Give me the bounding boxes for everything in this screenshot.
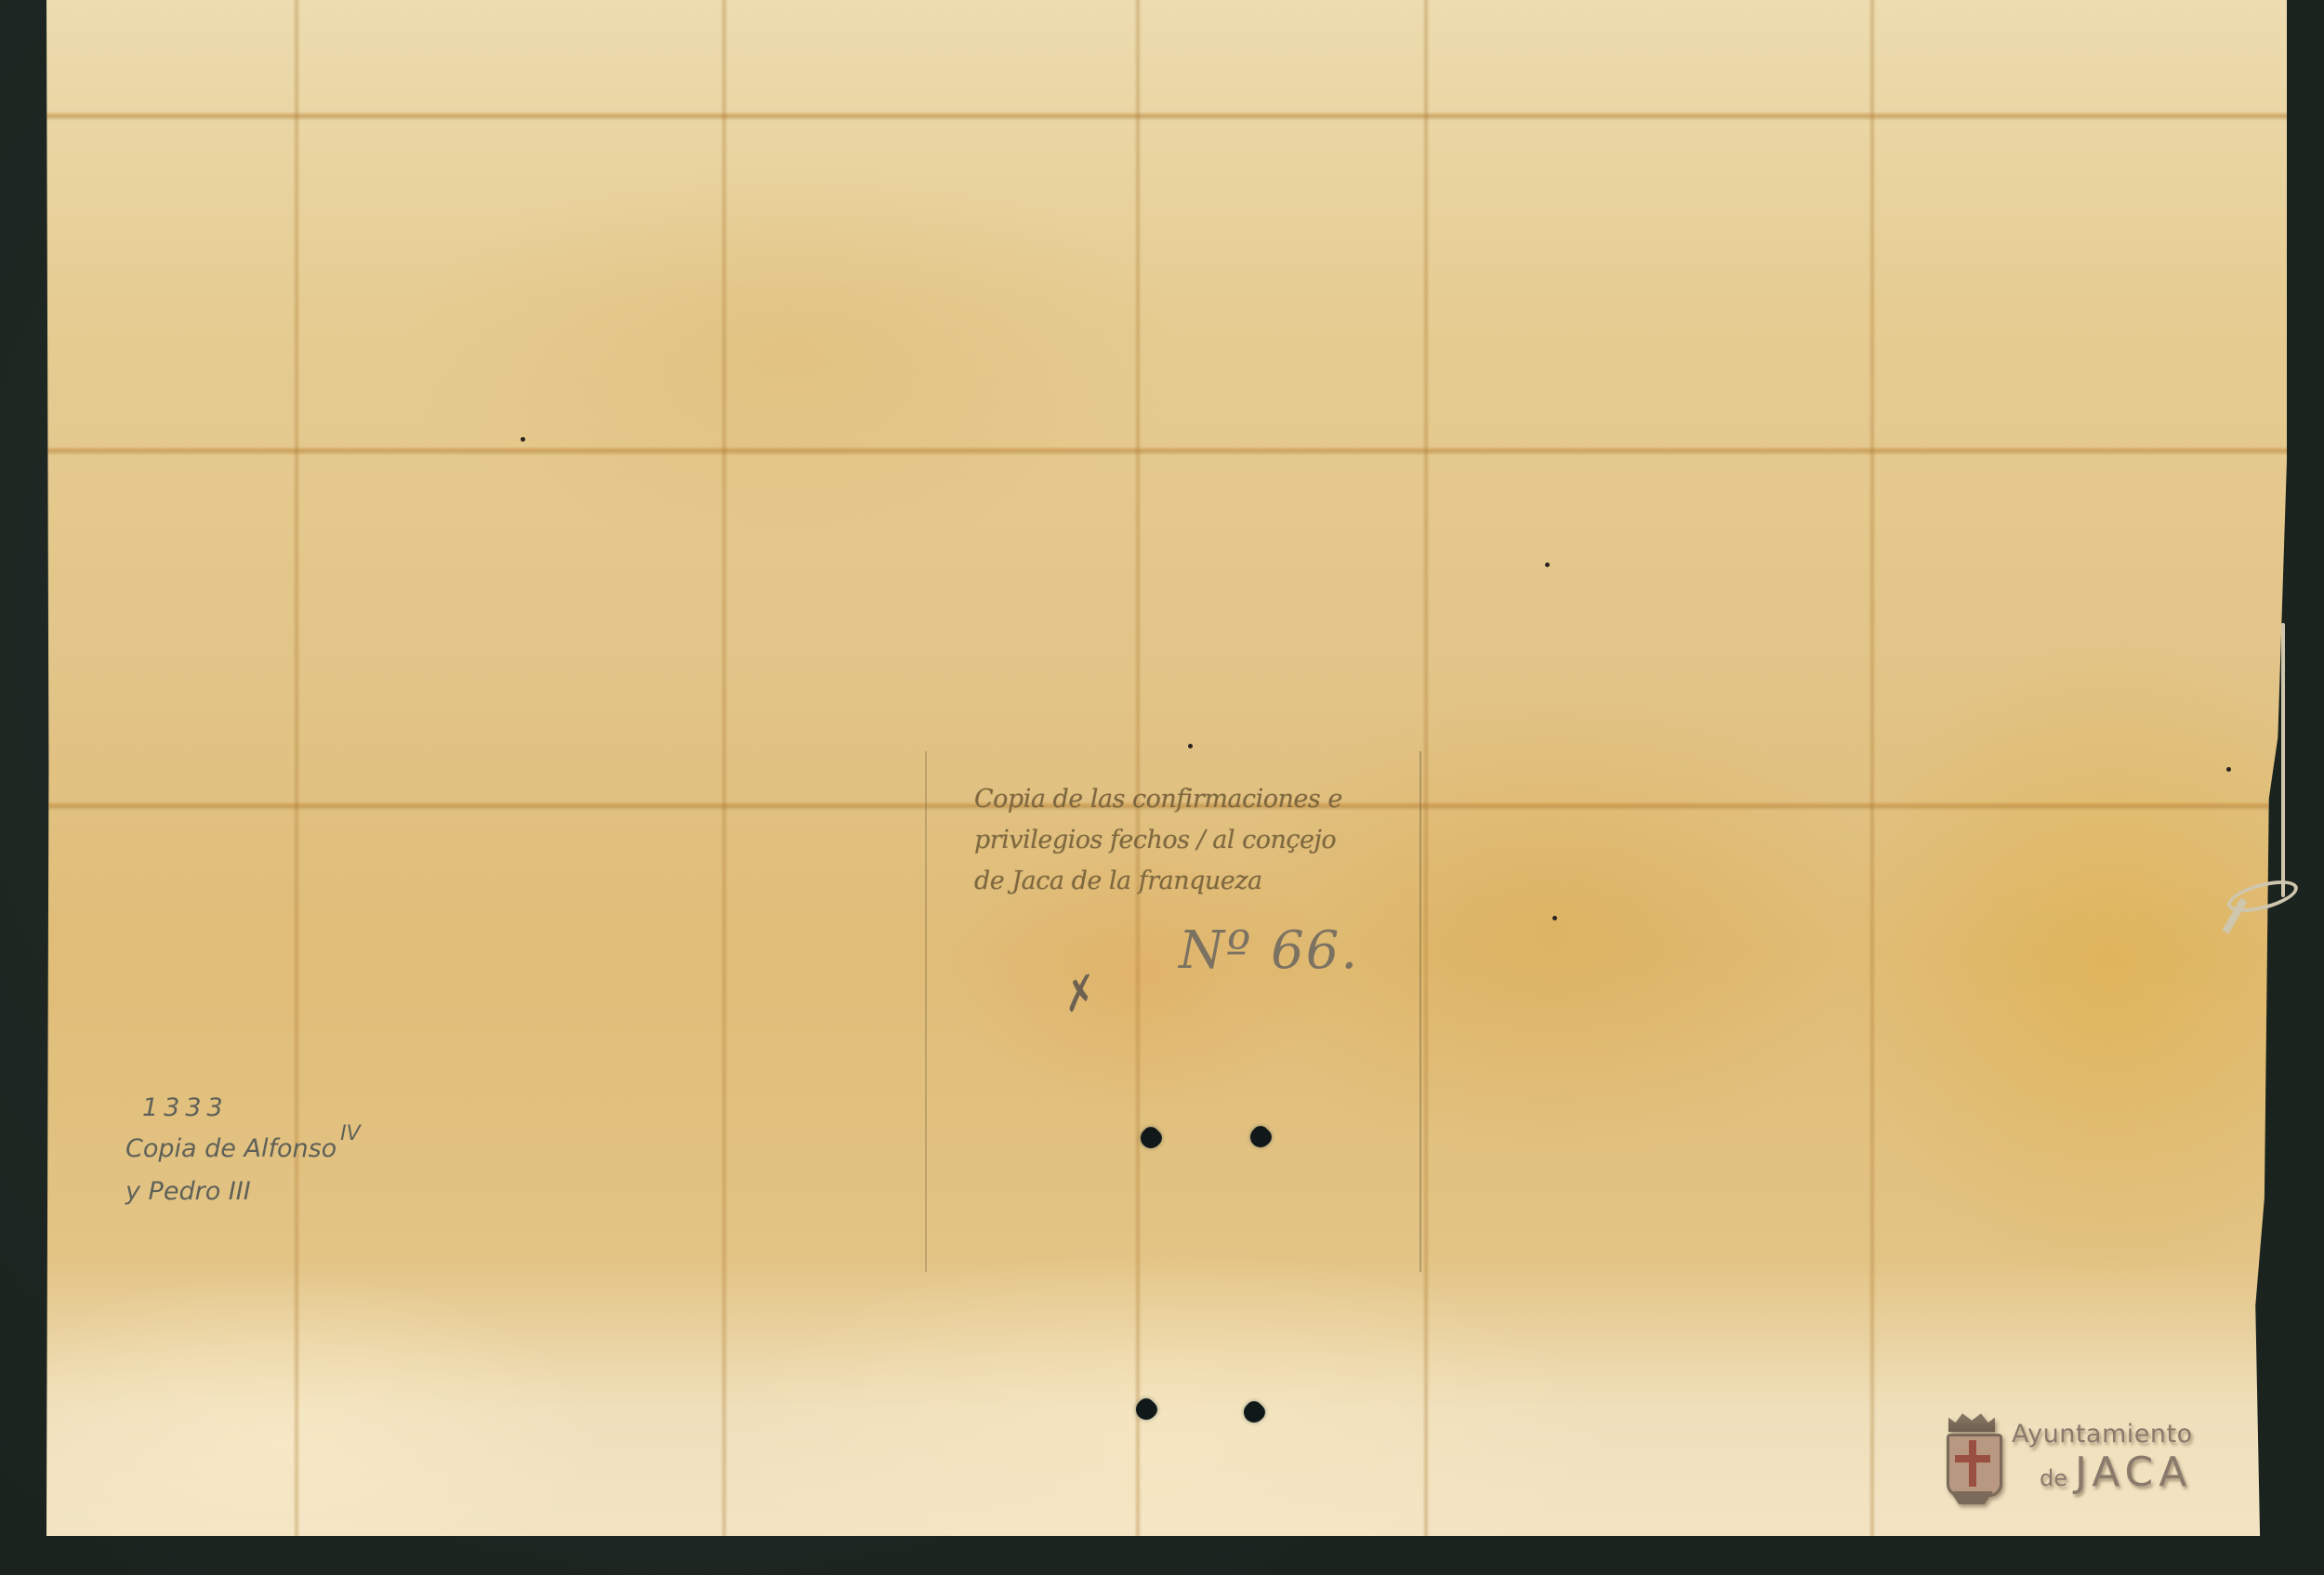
horizontal-fold (46, 446, 2287, 456)
endorsement-line: Copia de las confirmaciones e (974, 779, 1458, 820)
note-and-pedro: y Pedro III (125, 1171, 361, 1212)
ayuntamiento-jaca-watermark: Ayuntamiento de JACA (1943, 1402, 2240, 1514)
crest-base (1950, 1491, 1993, 1504)
watermark-line1: Ayuntamiento (2012, 1420, 2193, 1449)
note-copy-of: Copia de Alfonso (125, 1134, 337, 1163)
vertical-fold (1422, 0, 1430, 1536)
vertical-fold (1868, 0, 1876, 1536)
crown-icon (1948, 1411, 1995, 1432)
vertical-fold (293, 0, 300, 1536)
note-year: 1333 (125, 1088, 361, 1129)
archive-number: Nº 66. (1179, 920, 1359, 981)
ink-speck (521, 437, 525, 442)
ink-speck (1545, 562, 1550, 567)
watermark-text: Ayuntamiento de JACA (2012, 1420, 2193, 1496)
note-regnal-superscript: IV (340, 1122, 361, 1145)
shield-icon (1947, 1434, 2002, 1497)
endorsement-line: de Jaca de la franqueza (974, 861, 1458, 902)
vertical-fold (720, 0, 728, 1536)
watermark-city: JACA (2075, 1449, 2192, 1496)
ink-speck (2226, 767, 2231, 772)
ink-speck (1552, 916, 1557, 920)
medieval-endorsement: Copia de las confirmaciones e privilegio… (974, 779, 1458, 902)
ink-speck (1188, 744, 1193, 748)
coat-of-arms-icon (1943, 1411, 2000, 1504)
watermark-de: de (2040, 1465, 2067, 1491)
binding-string (2281, 623, 2285, 897)
pencil-archival-note: 1333 Copia de AlfonsoIV y Pedro III (125, 1088, 361, 1212)
endorsement-line: privilegios fechos / al conçejo (974, 820, 1458, 861)
horizontal-fold (46, 112, 2287, 121)
